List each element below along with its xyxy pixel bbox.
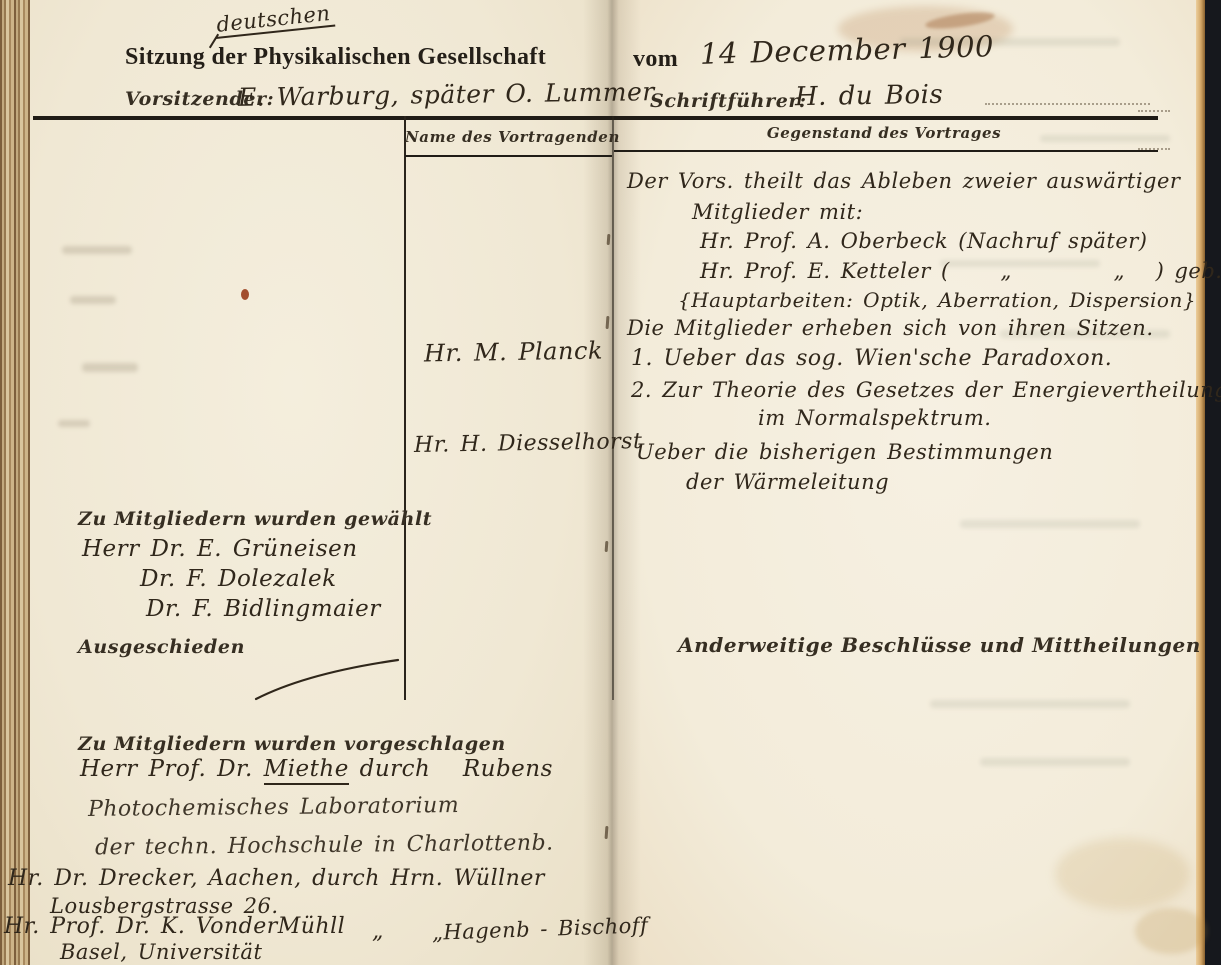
minutes-line: Mitglieder mit: — [692, 201, 863, 223]
column-header-underline-right — [614, 150, 1158, 152]
ruled-dash — [1138, 142, 1170, 150]
ditto-mark: „ — [372, 920, 384, 943]
speaker-name-diesselhorst: Hr. H. Diesselhorst — [414, 430, 643, 457]
proposed-mid: durch — [360, 756, 431, 782]
session-title: Sitzung der Physikalischen Gesellschaft — [125, 45, 546, 70]
minutes-line: im Normalspektrum. — [758, 407, 991, 429]
minutes-line: {Hauptarbeiten: Optik, Aberration, Dispe… — [678, 290, 1196, 311]
vom-label: vom — [633, 47, 678, 72]
minutes-line: Die Mitglieder erheben sich von ihren Si… — [627, 317, 1154, 339]
proposed-member-line-vondermuehll: Hr. Prof. Dr. K. VonderMühll — [4, 915, 345, 938]
right-page-edge — [1196, 0, 1205, 965]
minutes-line: Hr. Prof. A. Oberbeck (Nachruf später) — [700, 230, 1147, 252]
table-column-divider — [404, 116, 406, 700]
chair-name-handwritten: E. Warburg, später O. Lummer — [238, 79, 655, 111]
none-dash-stroke — [252, 655, 402, 703]
minutes-line: Der Vors. theilt das Ableben zweier ausw… — [627, 170, 1180, 192]
proposed-member-detail: Photochemisches Laboratorium — [88, 794, 459, 821]
column-header-speaker: Name des Vortragenden — [405, 130, 612, 146]
session-title-part2: Physikalischen Gesellschaft — [253, 44, 546, 70]
departed-heading: Ausgeschieden — [78, 638, 245, 658]
ruled-dash — [1138, 104, 1170, 112]
proposed-member-line-miethe: Herr Prof. Dr. Miethe durch Rubens — [80, 757, 553, 781]
header-rule-thick — [33, 116, 1158, 120]
minutes-line-diesselhorst-talk-1: Ueber die bisherigen Bestimmungen — [636, 441, 1053, 463]
proposed-name-miethe: Miethe — [264, 756, 349, 785]
speaker-name-planck: Hr. M. Planck — [424, 338, 603, 366]
minutes-line: Hr. Prof. E. Ketteler ( „ „ ) geb. 18-4-… — [700, 260, 1221, 282]
proposer-rubens: Rubens — [463, 756, 553, 782]
proposed-member-detail: Basel, Universität — [60, 941, 262, 963]
column-header-underline-left — [405, 155, 612, 157]
members-elected-heading: Zu Mitgliedern wurden gewählt — [78, 510, 432, 530]
members-proposed-heading: Zu Mitgliedern wurden vorgeschlagen — [78, 735, 506, 755]
elected-member-name: Herr Dr. E. Grüneisen — [82, 537, 358, 561]
column-header-subject: Gegenstand des Vortrages — [614, 126, 1154, 142]
proposed-prefix: Herr Prof. Dr. — [80, 756, 253, 782]
session-date-handwritten: 14 December 1900 — [700, 31, 995, 69]
secretary-label: Schriftführer: — [650, 92, 807, 112]
elected-member-name: Dr. F. Dolezalek — [140, 567, 337, 591]
other-decisions-heading: Anderweitige Beschlüsse und Mittheilunge… — [678, 635, 1201, 656]
proposed-member-detail: der techn. Hochschule in Charlottenb. — [95, 832, 554, 860]
minutes-line-diesselhorst-talk-2: der Wärmeleitung — [686, 471, 889, 493]
minutes-line-planck-talk-2: 2. Zur Theorie des Gesetzes der Energiev… — [631, 379, 1221, 401]
table-center-divider — [612, 116, 614, 700]
proposed-member-line-drecker: Hr. Dr. Drecker, Aachen, durch Hrn. Wüll… — [8, 867, 545, 890]
session-title-part1: Sitzung der — [125, 44, 247, 70]
elected-member-name: Dr. F. Bidlingmaier — [146, 597, 381, 621]
ruled-dotted-line — [985, 95, 1150, 105]
secretary-name-handwritten: H. du Bois — [795, 82, 944, 112]
book-spine-page-edges — [0, 0, 30, 965]
minutes-line-planck-talk-1: 1. Ueber das sog. Wien'sche Paradoxon. — [631, 347, 1112, 370]
